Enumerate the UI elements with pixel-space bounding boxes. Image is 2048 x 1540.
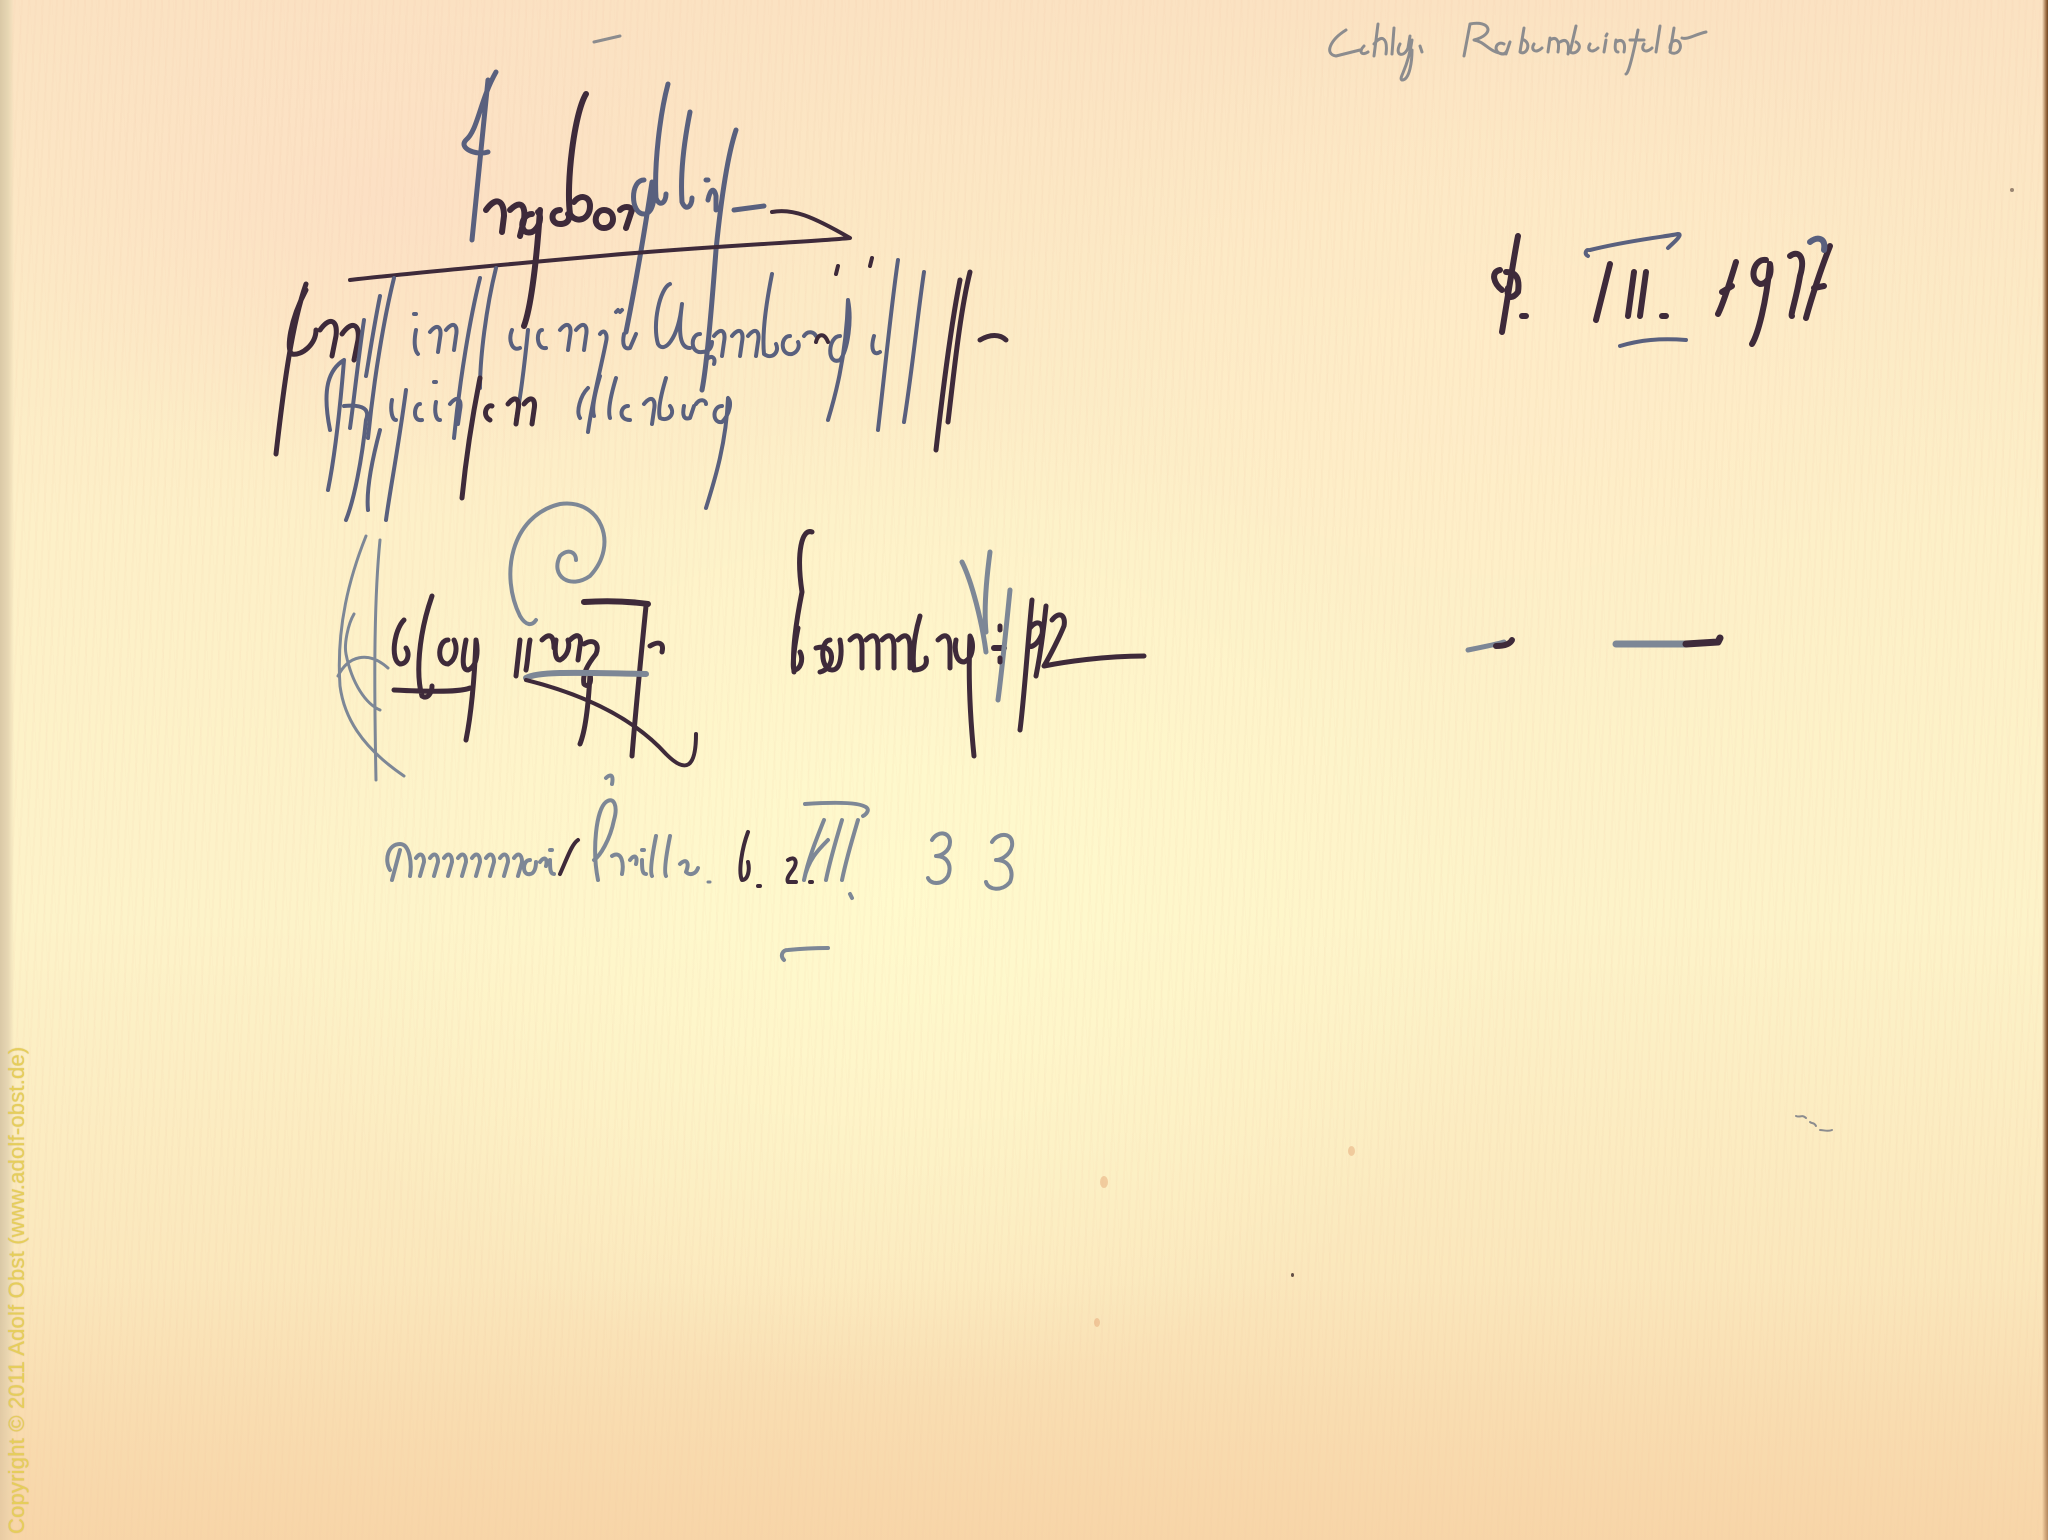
entry-3-date: d. 2. VII. 33: [1300, 820, 1658, 890]
stray-ink-mark: [590, 30, 630, 50]
entry-2-dash-mark: [1610, 630, 1730, 670]
paper-discoloration: [0, 1280, 2048, 1540]
album-page: Schloß Rabensteinfeld Ingeborg Alix Pri: [0, 0, 2048, 1540]
marginal-pencil-mark: ∿∿: [1792, 1112, 1842, 1142]
entry-2-date-text: —: [1630, 630, 1660, 665]
copyright-watermark: Copyright © 2011 Adolf Obst (www.adolf-o…: [4, 1047, 30, 1534]
entry-1-title-line-2: Herzogin von Oldenburg: [330, 380, 907, 434]
entry-2-date: —: [1610, 630, 1730, 670]
autograph-entry-2: Stephan Prinz zu Schaumburg-Lippe: [330, 500, 1460, 790]
entry-1-title-line-1: Prinzessin Stephan zu Schaumburg-Lippe: [280, 300, 1256, 354]
paper-stain: [1291, 1273, 1294, 1277]
entry-1-date: 7. VI. 1931: [1470, 220, 1850, 380]
paper-stain: [1348, 1146, 1355, 1156]
paper-stain: [1094, 1318, 1100, 1327]
paper-stain: [2010, 188, 2014, 192]
entry-1-signature: Ingeborg Alix: [470, 170, 951, 252]
paper-stain: [1100, 1176, 1108, 1188]
entry-1-date-text: 7. VI. 1931: [1490, 260, 1824, 330]
autograph-entry-3: Annemarie Krille d. 2. VII. 33: [380, 770, 1940, 1000]
entry-3-signature: Annemarie Krille: [380, 820, 898, 890]
pencil-scribble-text: ∿∿: [1792, 1112, 1809, 1123]
entry-2-signature: Stephan Prinz zu Schaumburg-Lippe: [350, 620, 1431, 688]
